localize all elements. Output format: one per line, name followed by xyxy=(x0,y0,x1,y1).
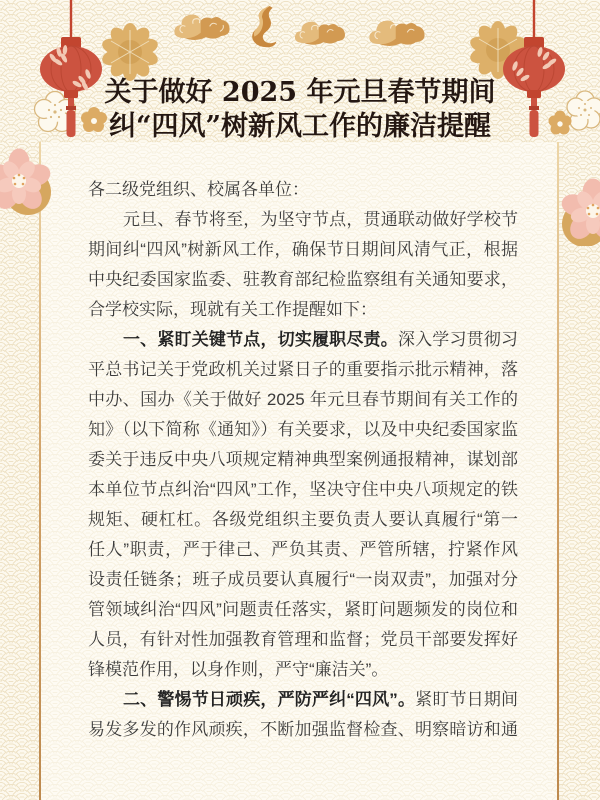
body-line: 知》（以下简称《通知》）有关要求，以及中央纪委国家监 xyxy=(88,415,518,445)
document-title-line-1: 关于做好 2025 年元旦春节期间 xyxy=(0,76,600,110)
body-line: 合学校实际，现就有关工作提醒如下： xyxy=(88,295,518,325)
left-border-line xyxy=(39,142,41,800)
body-line: 中办、国办《关于做好 2025 年元旦春节期间有关工作的通 xyxy=(88,385,518,415)
cherry-blossom-icon xyxy=(558,176,600,246)
body-line: 任人”职责，严于律己、严负其责、严管所辖，拧紧作风建 xyxy=(88,535,518,565)
cherry-blossom-icon xyxy=(0,146,54,216)
gold-cloud-icon xyxy=(170,6,234,48)
body-line: 元旦、春节将至，为坚守节点，贯通联动做好学校节日 xyxy=(88,205,518,235)
salutation-line: 各二级党组织、校属各单位： xyxy=(88,175,518,205)
body-line: 管领域纠治“四风”问题责任落实，紧盯问题频发的岗位和 xyxy=(88,595,518,625)
document-title-line-2: 纠“四风”树新风工作的廉洁提醒 xyxy=(0,110,600,144)
gold-flower-icon xyxy=(100,22,160,82)
body-line: 本单位节点纠治“四风”工作，坚决守住中央八项规定的铁 xyxy=(88,475,518,505)
body-line: 期间纠“四风”树新风工作，确保节日期间风清气正，根据 xyxy=(88,235,518,265)
body-line: 委关于违反中央八项规定精神典型案例通报精神，谋划部署 xyxy=(88,445,518,475)
section-2-heading: 二、警惕节日顽疾，严防严纠“四风”。 xyxy=(123,690,415,709)
body-line: 易发多发的作风顽疾，不断加强监督检查、明察暗访和通报 xyxy=(88,715,518,745)
body-text: 紧盯节日期间 xyxy=(415,690,518,709)
document-title: 关于做好 2025 年元旦春节期间 纠“四风”树新风工作的廉洁提醒 xyxy=(0,76,600,144)
body-line: 锋模范作用，以身作则，严守“廉洁关”。 xyxy=(88,655,518,685)
notice-page: 关于做好 2025 年元旦春节期间 纠“四风”树新风工作的廉洁提醒 各二级党组织… xyxy=(0,0,600,800)
body-line: 平总书记关于党政机关过紧日子的重要指示批示精神，落实 xyxy=(88,355,518,385)
gold-cloud-icon xyxy=(365,13,429,53)
body-line: 设责任链条；班子成员要认真履行“一岗双责”，加强对分 xyxy=(88,565,518,595)
body-line: 规矩、硬杠杠。各级党组织主要负责人要认真履行“第一责 xyxy=(88,505,518,535)
body-line: 人员，有针对性加强教育管理和监督；党员干部要发挥好先 xyxy=(88,625,518,655)
body-line: 中央纪委国家监委、驻教育部纪检监察组有关通知要求，结 xyxy=(88,265,518,295)
body-line: 二、警惕节日顽疾，严防严纠“四风”。紧盯节日期间 xyxy=(88,685,518,715)
body-line: 一、紧盯关键节点，切实履职尽责。深入学习贯彻习近 xyxy=(88,325,518,355)
gold-cloud-icon xyxy=(291,14,349,52)
section-1-heading: 一、紧盯关键节点，切实履职尽责。 xyxy=(123,330,398,349)
document-body: 各二级党组织、校属各单位： 元旦、春节将至，为坚守节点，贯通联动做好学校节日 期… xyxy=(88,175,518,745)
gold-swirl-icon xyxy=(246,5,282,49)
